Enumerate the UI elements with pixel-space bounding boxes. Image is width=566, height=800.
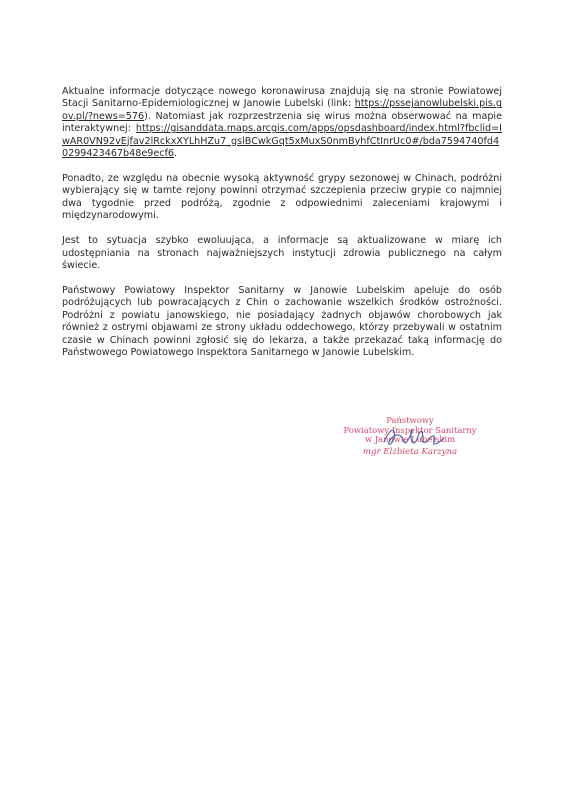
- stamp-line: w Janowie Lubelskim: [340, 435, 480, 445]
- document-body: Aktualne informacje dotyczące nowego kor…: [62, 86, 502, 372]
- paragraph-situation-update: Jest to sytuacja szybko ewoluująca, a in…: [62, 235, 502, 272]
- official-stamp: Państwowy Powiatowy Inspektor Sanitarny …: [340, 416, 480, 457]
- text: Państwowy Powiatowy Inspektor Sanitarny …: [62, 285, 502, 358]
- paragraph-info-links: Aktualne informacje dotyczące nowego kor…: [62, 86, 502, 160]
- text: Ponadto, ze względu na obecnie wysoką ak…: [62, 173, 502, 221]
- text: Jest to sytuacja szybko ewoluująca, a in…: [62, 235, 502, 271]
- stamp-signatory-name: mgr Elżbieta Karzyna: [340, 448, 480, 458]
- paragraph-inspector-appeal: Państwowy Powiatowy Inspektor Sanitarny …: [62, 285, 502, 359]
- paragraph-flu-vaccination: Ponadto, ze względu na obecnie wysoką ak…: [62, 173, 502, 223]
- text: .: [174, 148, 177, 159]
